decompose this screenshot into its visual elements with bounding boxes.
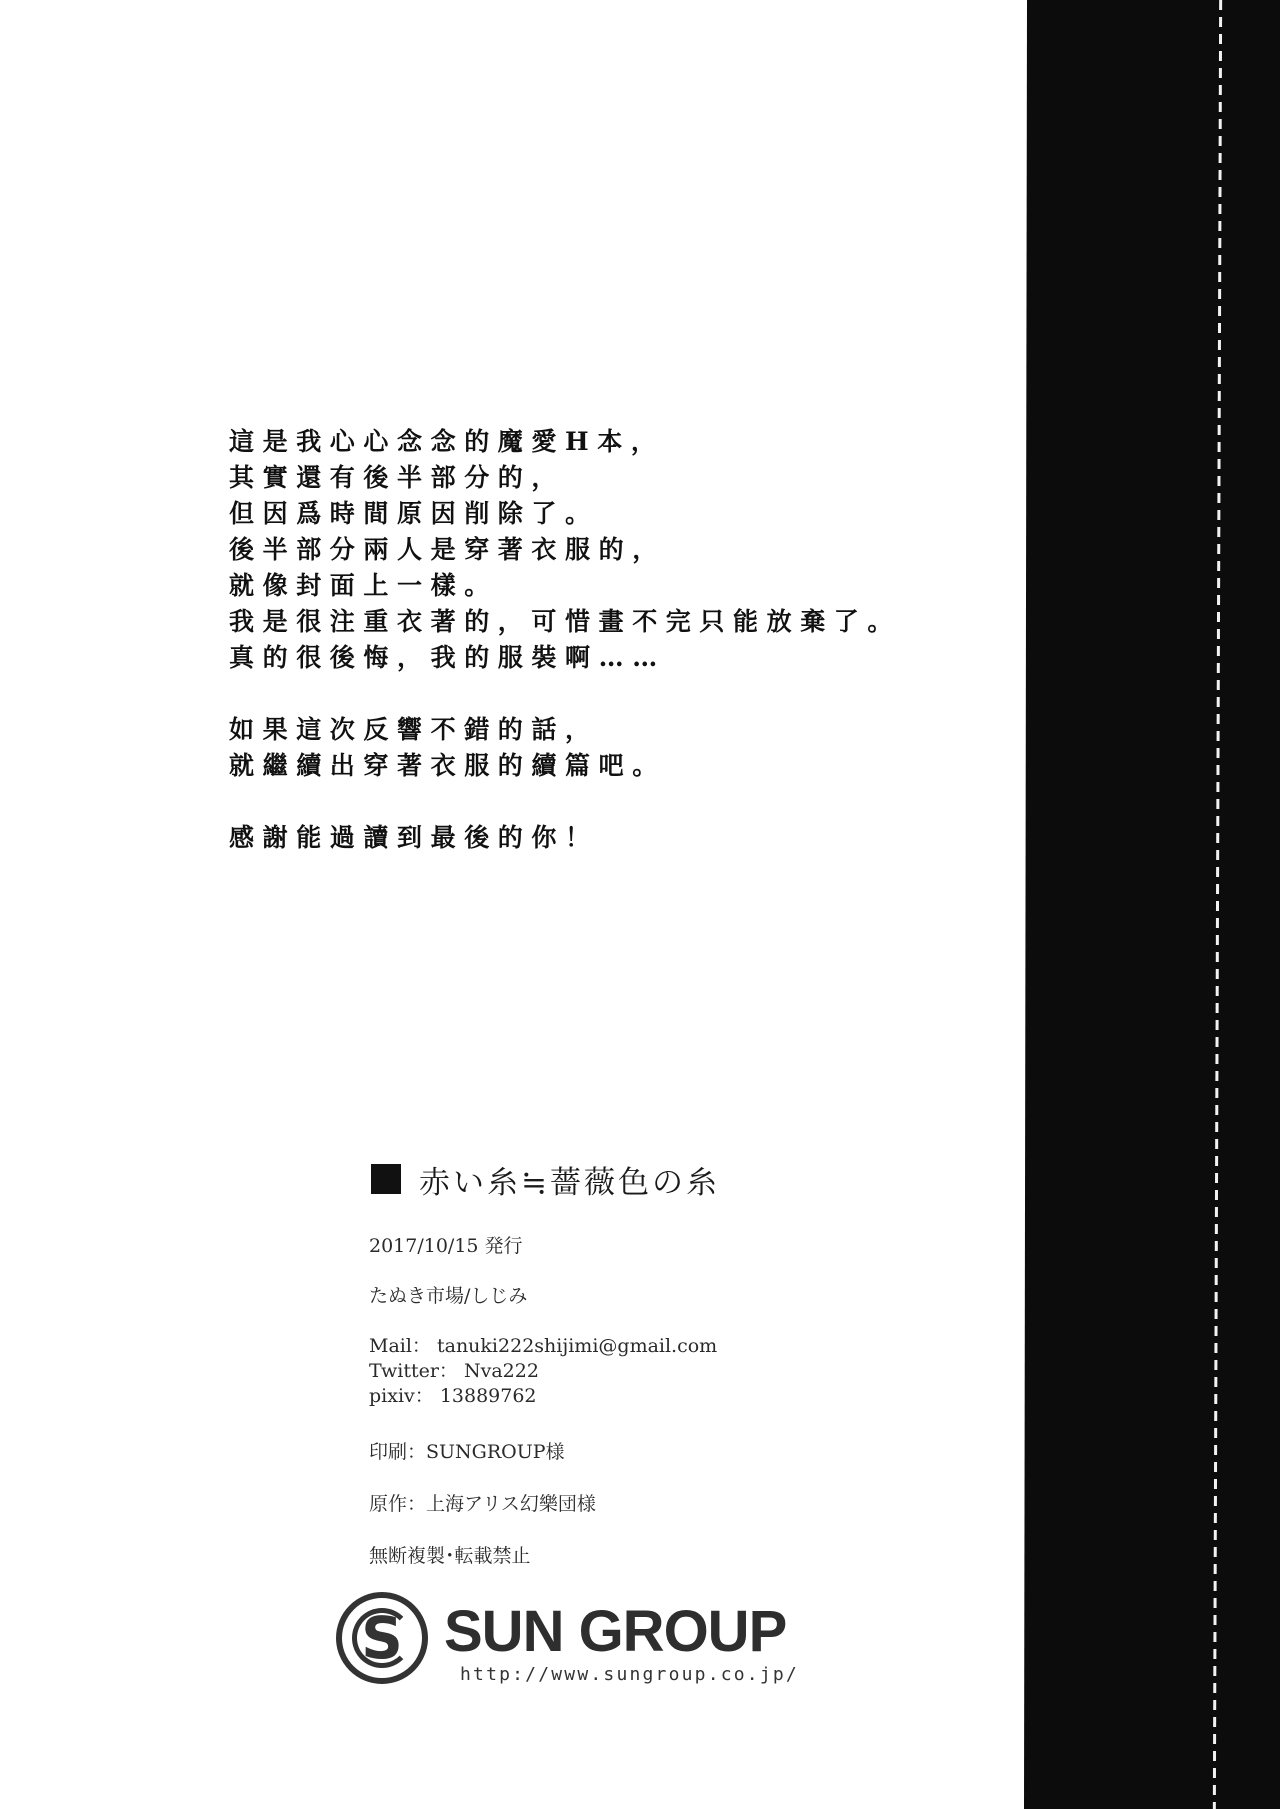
afterword-line: 後半部分兩人是穿著衣服的， — [229, 532, 901, 568]
afterword-line: 我是很注重衣著的，可惜畫不完只能放棄了。 — [229, 604, 901, 640]
publish-date: 2017/10/15 発行 — [369, 1234, 523, 1258]
afterword-line: 就像封面上一樣。 — [229, 568, 901, 604]
afterword-line: 如果這次反響不錯的話， — [229, 712, 901, 748]
black-square-icon — [371, 1164, 401, 1194]
sungroup-s-mark-icon: S — [336, 1592, 428, 1684]
paragraph-gap — [229, 784, 901, 820]
afterword-line: 感謝能過讀到最後的你！ — [229, 820, 901, 856]
contact-label: Twitter： — [369, 1360, 458, 1382]
afterword-text: 這是我心心念念的魔愛H本， 其實還有後半部分的， 但因爲時間原因削除了。 後半部… — [229, 424, 901, 856]
colophon-title-row: 赤い糸≒薔薇色の糸 — [369, 1160, 720, 1198]
contact-label: Mail： — [369, 1335, 431, 1357]
dark-spine-band — [1024, 0, 1280, 1809]
contact-label: pixiv： — [369, 1385, 434, 1407]
printing-credit: 印刷：SUNGROUP様 — [369, 1440, 565, 1464]
afterword-line: 但因爲時間原因削除了。 — [229, 496, 901, 532]
contact-value: Nva222 — [464, 1360, 539, 1382]
book-title: 赤い糸≒薔薇色の糸 — [419, 1157, 720, 1202]
afterword-line: 這是我心心念念的魔愛H本， — [229, 424, 901, 460]
copyright-notice: 無断複製･転載禁止 — [369, 1544, 531, 1568]
contact-mail: Mail： tanuki222shijimi@gmail.com — [369, 1334, 717, 1359]
sungroup-url: http://www.sungroup.co.jp/ — [460, 1664, 799, 1685]
sungroup-wordmark: SUN GROUP — [444, 1600, 786, 1664]
paragraph-gap — [229, 676, 901, 712]
afterword-line: 就繼續出穿著衣服的續篇吧。 — [229, 748, 901, 784]
contact-list: Mail： tanuki222shijimi@gmail.com Twitter… — [369, 1334, 717, 1409]
original-work-credit: 原作：上海アリス幻樂団様 — [369, 1492, 596, 1516]
contact-twitter: Twitter： Nva222 — [369, 1359, 717, 1384]
afterword-line: 其實還有後半部分的， — [229, 460, 901, 496]
circle-author: たぬき市場/しじみ — [369, 1284, 527, 1308]
colophon: 赤い糸≒薔薇色の糸 2017/10/15 発行 たぬき市場/しじみ Mail： … — [369, 1160, 720, 1198]
contact-value: tanuki222shijimi@gmail.com — [437, 1335, 717, 1357]
contact-pixiv: pixiv： 13889762 — [369, 1384, 717, 1409]
contact-value: 13889762 — [440, 1385, 537, 1407]
sungroup-logo: S SUN GROUP http://www.sungroup.co.jp/ — [336, 1592, 836, 1692]
afterword-line: 真的很後悔，我的服裝啊…… — [229, 640, 901, 676]
